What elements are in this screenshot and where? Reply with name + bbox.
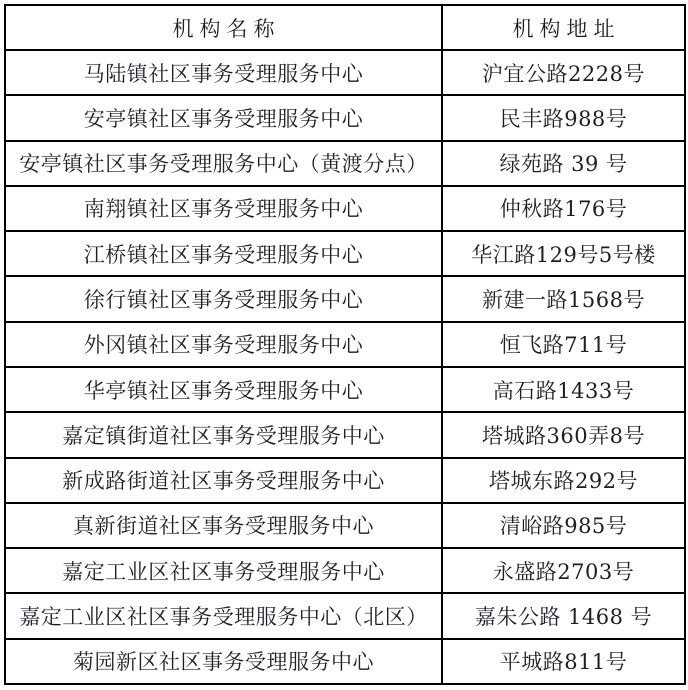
institution-name-cell: 嘉定工业区社区事务受理服务中心（北区） bbox=[5, 593, 442, 638]
institution-address-cell: 绿苑路 39 号 bbox=[442, 141, 685, 186]
institution-address-cell: 恒飞路711号 bbox=[442, 322, 685, 367]
institution-name-cell: 嘉定工业区社区事务受理服务中心 bbox=[5, 548, 442, 593]
institution-address-cell: 永盛路2703号 bbox=[442, 548, 685, 593]
institution-address-cell: 塔城东路292号 bbox=[442, 458, 685, 503]
institution-address-cell: 清峪路985号 bbox=[442, 503, 685, 548]
header-institution-name: 机构名称 bbox=[5, 5, 442, 50]
table-row: 真新街道社区事务受理服务中心 清峪路985号 bbox=[5, 503, 685, 548]
institution-name-cell: 南翔镇社区事务受理服务中心 bbox=[5, 186, 442, 231]
table-header-row: 机构名称 机构地址 bbox=[5, 5, 685, 50]
table-row: 江桥镇社区事务受理服务中心 华江路129号5号楼 bbox=[5, 231, 685, 276]
institution-name-cell: 马陆镇社区事务受理服务中心 bbox=[5, 50, 442, 95]
institution-name-cell: 江桥镇社区事务受理服务中心 bbox=[5, 231, 442, 276]
institution-address-cell: 高石路1433号 bbox=[442, 367, 685, 412]
institution-name-cell: 华亭镇社区事务受理服务中心 bbox=[5, 367, 442, 412]
institution-address-cell: 嘉朱公路 1468 号 bbox=[442, 593, 685, 638]
table-row: 嘉定工业区社区事务受理服务中心（北区） 嘉朱公路 1468 号 bbox=[5, 593, 685, 638]
institution-name-cell: 安亭镇社区事务受理服务中心 bbox=[5, 95, 442, 140]
institution-address-cell: 塔城路360弄8号 bbox=[442, 412, 685, 457]
table-row: 新成路街道社区事务受理服务中心 塔城东路292号 bbox=[5, 458, 685, 503]
institution-name-cell: 嘉定镇街道社区事务受理服务中心 bbox=[5, 412, 442, 457]
institution-name-cell: 菊园新区社区事务受理服务中心 bbox=[5, 639, 442, 684]
institution-name-cell: 安亭镇社区事务受理服务中心（黄渡分点） bbox=[5, 141, 442, 186]
institution-address-cell: 民丰路988号 bbox=[442, 95, 685, 140]
header-institution-address: 机构地址 bbox=[442, 5, 685, 50]
table-row: 马陆镇社区事务受理服务中心 沪宜公路2228号 bbox=[5, 50, 685, 95]
table-row: 南翔镇社区事务受理服务中心 仲秋路176号 bbox=[5, 186, 685, 231]
institution-name-cell: 真新街道社区事务受理服务中心 bbox=[5, 503, 442, 548]
table-row: 外冈镇社区事务受理服务中心 恒飞路711号 bbox=[5, 322, 685, 367]
table-row: 菊园新区社区事务受理服务中心 平城路811号 bbox=[5, 639, 685, 684]
table-row: 嘉定镇街道社区事务受理服务中心 塔城路360弄8号 bbox=[5, 412, 685, 457]
institution-name-cell: 新成路街道社区事务受理服务中心 bbox=[5, 458, 442, 503]
document-page: 机构名称 机构地址 马陆镇社区事务受理服务中心 沪宜公路2228号 安亭镇社区事… bbox=[0, 0, 688, 690]
institution-name-cell: 徐行镇社区事务受理服务中心 bbox=[5, 276, 442, 321]
table-row: 徐行镇社区事务受理服务中心 新建一路1568号 bbox=[5, 276, 685, 321]
institution-address-cell: 平城路811号 bbox=[442, 639, 685, 684]
institution-address-cell: 新建一路1568号 bbox=[442, 276, 685, 321]
institution-address-cell: 华江路129号5号楼 bbox=[442, 231, 685, 276]
table-row: 华亭镇社区事务受理服务中心 高石路1433号 bbox=[5, 367, 685, 412]
institution-address-cell: 仲秋路176号 bbox=[442, 186, 685, 231]
service-center-table: 机构名称 机构地址 马陆镇社区事务受理服务中心 沪宜公路2228号 安亭镇社区事… bbox=[4, 4, 686, 685]
institution-address-cell: 沪宜公路2228号 bbox=[442, 50, 685, 95]
table-row: 安亭镇社区事务受理服务中心 民丰路988号 bbox=[5, 95, 685, 140]
table-row: 嘉定工业区社区事务受理服务中心 永盛路2703号 bbox=[5, 548, 685, 593]
institution-name-cell: 外冈镇社区事务受理服务中心 bbox=[5, 322, 442, 367]
table-row: 安亭镇社区事务受理服务中心（黄渡分点） 绿苑路 39 号 bbox=[5, 141, 685, 186]
